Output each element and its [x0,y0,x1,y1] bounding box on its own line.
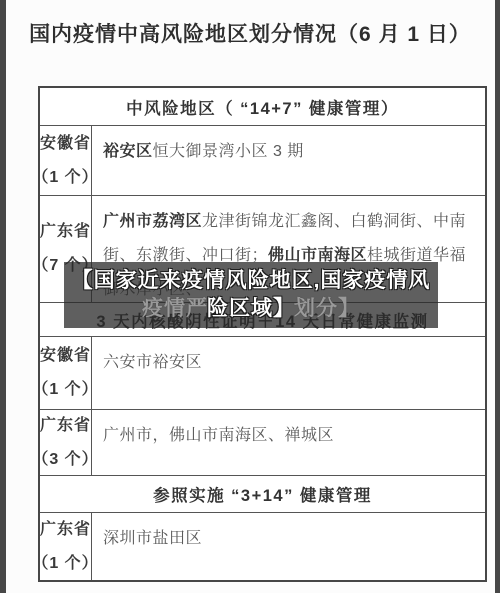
watermark-line1: 【国家近来疫情风险地区,国家疫情风 [72,267,431,295]
province-count: （1 个） [32,161,98,195]
region-text: 六安市裕安区 [103,354,202,371]
province-cell: 广东省（1 个） [40,513,92,580]
province-count: （3 个） [32,443,98,477]
table-row: 广东省（3 个）广州市，佛山市南海区、禅城区 [40,409,485,475]
province-name: 安徽省 [40,127,91,161]
province-name: 广东省 [40,513,91,547]
section-header-row: 中风险地区（ “14+7” 健康管理） [40,88,485,125]
region-cell: 深圳市盐田区 [92,513,485,580]
province-cell: 广东省（3 个） [40,410,92,475]
page-title: 国内疫情中高风险地区划分情况（6 月 1 日） [10,18,490,48]
province-count: （1 个） [32,547,98,581]
province-count: （1 个） [32,373,98,407]
region-cell: 裕安区恒大御景湾小区 3 期 [92,126,485,195]
province-name: 广东省 [40,215,91,249]
section-header-row: 参照实施 “3+14” 健康管理 [40,475,485,512]
right-edge-bar [495,0,500,593]
left-edge-bar [0,0,6,593]
article-image: 国内疫情中高风险地区划分情况（6 月 1 日） 中风险地区（ “14+7” 健康… [0,0,500,593]
watermark-gray-right: 划分】 [294,295,360,323]
province-cell: 安徽省（1 个） [40,126,92,195]
region-bold-text: 裕安区 [103,143,153,160]
table-row: 安徽省（1 个）裕安区恒大御景湾小区 3 期 [40,125,485,195]
watermark-overlay: 【国家近来疫情风险地区,国家疫情风 疫情严 险区域】 划分】 [64,262,438,328]
region-text: 深圳市盐田区 [103,530,202,547]
region-bold-text: 广州市荔湾区 [103,213,202,230]
province-name: 广东省 [40,409,91,443]
watermark-gray-left: 疫情严 [142,295,208,323]
region-text: 恒大御景湾小区 3 期 [153,143,304,160]
region-text: 广州市，佛山市南海区、禅城区 [103,427,334,444]
watermark-line2: 疫情严 险区域】 划分】 [143,295,359,323]
risk-area-table: 中风险地区（ “14+7” 健康管理）安徽省（1 个）裕安区恒大御景湾小区 3 … [38,86,487,582]
table-row: 安徽省（1 个）六安市裕安区 [40,336,485,409]
region-cell: 广州市，佛山市南海区、禅城区 [92,410,485,475]
province-cell: 安徽省（1 个） [40,337,92,409]
table-row: 广东省（1 个）深圳市盐田区 [40,512,485,580]
province-name: 安徽省 [40,339,91,373]
watermark-line2-white: 险区域】 [207,295,295,323]
region-cell: 六安市裕安区 [92,337,485,409]
